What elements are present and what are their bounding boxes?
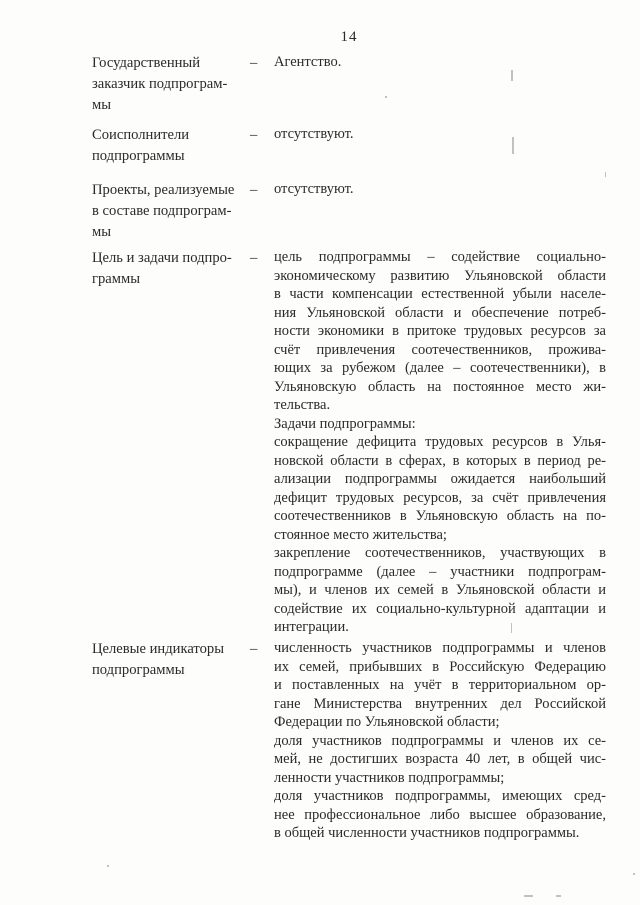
table-row-state-customer: Государственныйзаказчик подпрограм-мы–Аг…: [92, 53, 606, 116]
label-line: Цель и задачи подпро-: [92, 248, 250, 269]
text-line: новской области в сферах, в которых в пе…: [274, 452, 606, 471]
table-row-goal-and-tasks: Цель и задачи подпро-граммы–цель подпрог…: [92, 248, 606, 637]
text-line: счёт привлечения соотечественников, прож…: [274, 341, 606, 360]
label-line: в составе подпрограм-: [92, 201, 250, 222]
text-line: мы), и членов их семей в Ульяновской обл…: [274, 581, 606, 600]
text-line: сокращение дефицита трудовых ресурсов в …: [274, 433, 606, 452]
label-line: граммы: [92, 269, 250, 290]
label-line: Соисполнители: [92, 125, 250, 146]
row-label: Соисполнителиподпрограммы: [92, 125, 250, 167]
scan-artifact: [605, 172, 606, 177]
text-line: мей, не достигших возраста 40 лет, в общ…: [274, 750, 606, 769]
text-line: закрепление соотечественников, участвующ…: [274, 544, 606, 563]
row-content: цель подпрограммы – содействие социально…: [274, 248, 606, 637]
row-content: отсутствуют.: [274, 125, 606, 144]
row-label: Целевые индикаторыподпрограммы: [92, 639, 250, 681]
page-number: 14: [92, 27, 606, 48]
content-area: 14 Государственныйзаказчик подпрограм-мы…: [92, 0, 606, 905]
text-line: экономическому развитию Ульяновской обла…: [274, 267, 606, 286]
scan-artifact: [556, 895, 561, 897]
text-line: доля участников подпрограммы, имеющих ср…: [274, 787, 606, 806]
scan-artifact: [524, 895, 533, 897]
text-line: тельства.: [274, 396, 606, 415]
document-page: 14 Государственныйзаказчик подпрограм-мы…: [0, 0, 640, 905]
label-line: мы: [92, 222, 250, 243]
text-line: отсутствуют.: [274, 180, 606, 199]
text-line: и поставленных на учёт в территориальном…: [274, 676, 606, 695]
label-line: подпрограммы: [92, 660, 250, 681]
text-line: ленности участников подпрограммы;: [274, 769, 606, 788]
text-line: стоянное место жительства;: [274, 526, 606, 545]
text-line: гане Министерства внутренних дел Российс…: [274, 695, 606, 714]
text-line: численность участников подпрограммы и чл…: [274, 639, 606, 658]
table-row-target-indicators: Целевые индикаторыподпрограммы–численнос…: [92, 639, 606, 843]
text-line: доля участников подпрограммы и членов их…: [274, 732, 606, 751]
text-line: подпрограмме (далее – участники подпрогр…: [274, 563, 606, 582]
dash-separator: –: [250, 180, 274, 200]
text-line: ющих за рубежом (далее – соотечественник…: [274, 359, 606, 378]
label-line: Целевые индикаторы: [92, 639, 250, 660]
row-content: численность участников подпрограммы и чл…: [274, 639, 606, 843]
dash-separator: –: [250, 248, 274, 268]
label-line: заказчик подпрограм-: [92, 74, 250, 95]
text-line: ности экономики в притоке трудовых ресур…: [274, 322, 606, 341]
text-line: их семей, прибывших в Российскую Федерац…: [274, 658, 606, 677]
dash-separator: –: [250, 639, 274, 659]
row-content: Агентство.: [274, 53, 606, 72]
text-line: Задачи подпрограммы:: [274, 415, 606, 434]
scan-artifact: [511, 70, 513, 81]
row-label: Цель и задачи подпро-граммы: [92, 248, 250, 290]
dash-separator: –: [250, 53, 274, 73]
text-line: интеграции.: [274, 618, 606, 637]
row-label: Государственныйзаказчик подпрограм-мы: [92, 53, 250, 116]
text-line: нее профессиональное либо высшее образов…: [274, 806, 606, 825]
text-line: содействие их социально-культурной адапт…: [274, 600, 606, 619]
text-line: Федерации по Ульяновской области;: [274, 713, 606, 732]
text-line: в общей численности участников подпрогра…: [274, 824, 606, 843]
scan-artifact: [385, 96, 387, 98]
label-line: подпрограммы: [92, 146, 250, 167]
text-line: дефицит трудовых ресурсов, за счёт привл…: [274, 489, 606, 508]
scan-artifact: [511, 623, 512, 633]
text-line: Ульяновскую область на постоянное место …: [274, 378, 606, 397]
label-line: Государственный: [92, 53, 250, 74]
label-line: Проекты, реализуемые: [92, 180, 250, 201]
label-line: мы: [92, 95, 250, 116]
dash-separator: –: [250, 125, 274, 145]
text-line: ализации подпрограммы ожидается наибольш…: [274, 470, 606, 489]
text-line: соотечественников в Ульяновскую область …: [274, 507, 606, 526]
text-line: Агентство.: [274, 53, 606, 72]
text-line: в части компенсации естественной убыли н…: [274, 285, 606, 304]
row-content: отсутствуют.: [274, 180, 606, 199]
text-line: отсутствуют.: [274, 125, 606, 144]
text-line: ния Ульяновской области и обеспечение по…: [274, 304, 606, 323]
text-line: цель подпрограммы – содействие социально…: [274, 248, 606, 267]
table-row-projects-in-subprogram: Проекты, реализуемыев составе подпрограм…: [92, 180, 606, 243]
table-row-co-executors: Соисполнителиподпрограммы–отсутствуют.: [92, 125, 606, 167]
scan-artifact: [512, 137, 514, 154]
scan-artifact: [633, 873, 635, 875]
scan-artifact: [107, 865, 109, 867]
row-label: Проекты, реализуемыев составе подпрограм…: [92, 180, 250, 243]
